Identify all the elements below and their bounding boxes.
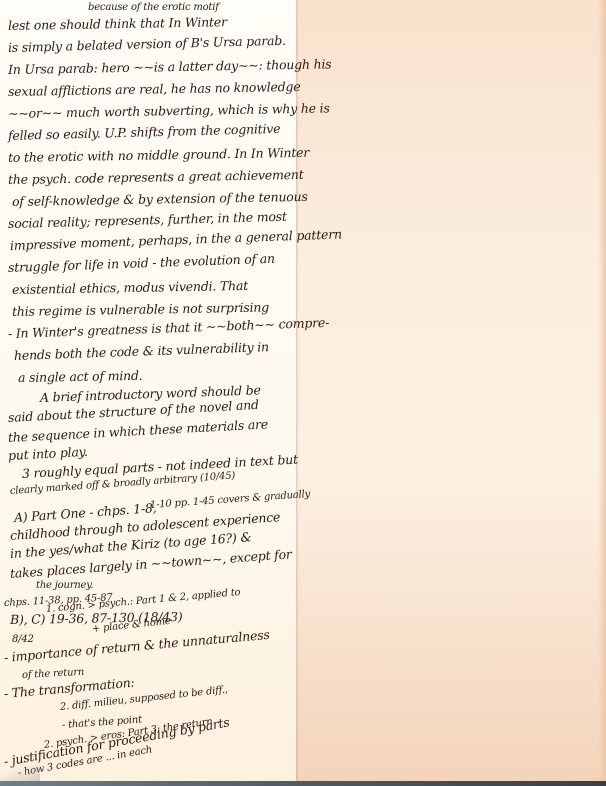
manuscript-line: lest one should think that In Winter [8, 14, 227, 33]
manuscript-line: sexual afflictions are real, he has no k… [8, 79, 301, 99]
manuscript-line: the journey. [36, 580, 93, 591]
manuscript-line: to the erotic with no middle ground. In … [8, 145, 309, 165]
manuscript-line: - In Winter's greatness is that it ~~bot… [8, 315, 330, 341]
manuscript-line: felled so easily. U.P. shifts from the c… [8, 121, 281, 143]
manuscript-line: this regime is vulnerable is not surpris… [12, 300, 269, 319]
manuscript-line: 1-10 pp. 1-45 covers & gradually [150, 489, 311, 511]
manuscript-line: the psych. code represents a great achie… [8, 167, 304, 187]
manuscript-line: ~~or~~ much worth subverting, which is w… [8, 100, 330, 121]
manuscript-line: - importance of return & the unnaturalne… [3, 627, 270, 665]
manuscript-line: In Ursa parab: hero ~~is a latter day~~:… [8, 56, 332, 77]
sheet-corner-shadow [0, 759, 40, 781]
manuscript-line: struggle for life in void - the evolutio… [8, 251, 275, 275]
manuscript-line: a single act of mind. [18, 368, 143, 385]
manuscript-line: impressive moment, perhaps, in the a gen… [10, 226, 342, 253]
manuscript-line: existential ethics, modus vivendi. That [12, 278, 248, 297]
header-insertion: because of the erotic motif [88, 2, 219, 13]
manuscript-line: social reality; represents, further, in … [8, 209, 287, 231]
page-edge-shadow [598, 0, 606, 786]
manuscript-line: is simply a belated version of B's Ursa … [8, 33, 286, 55]
manuscript-sheet: because of the erotic motif lest one sho… [0, 0, 296, 781]
scanner-bottom-edge [0, 781, 606, 786]
manuscript-line: 8/42 [12, 634, 34, 645]
manuscript-line: of self-knowledge & by extension of the … [12, 189, 308, 209]
manuscript-line: put into play. [8, 444, 88, 463]
manuscript-line: hends both the code & its vulnerability … [14, 339, 269, 363]
